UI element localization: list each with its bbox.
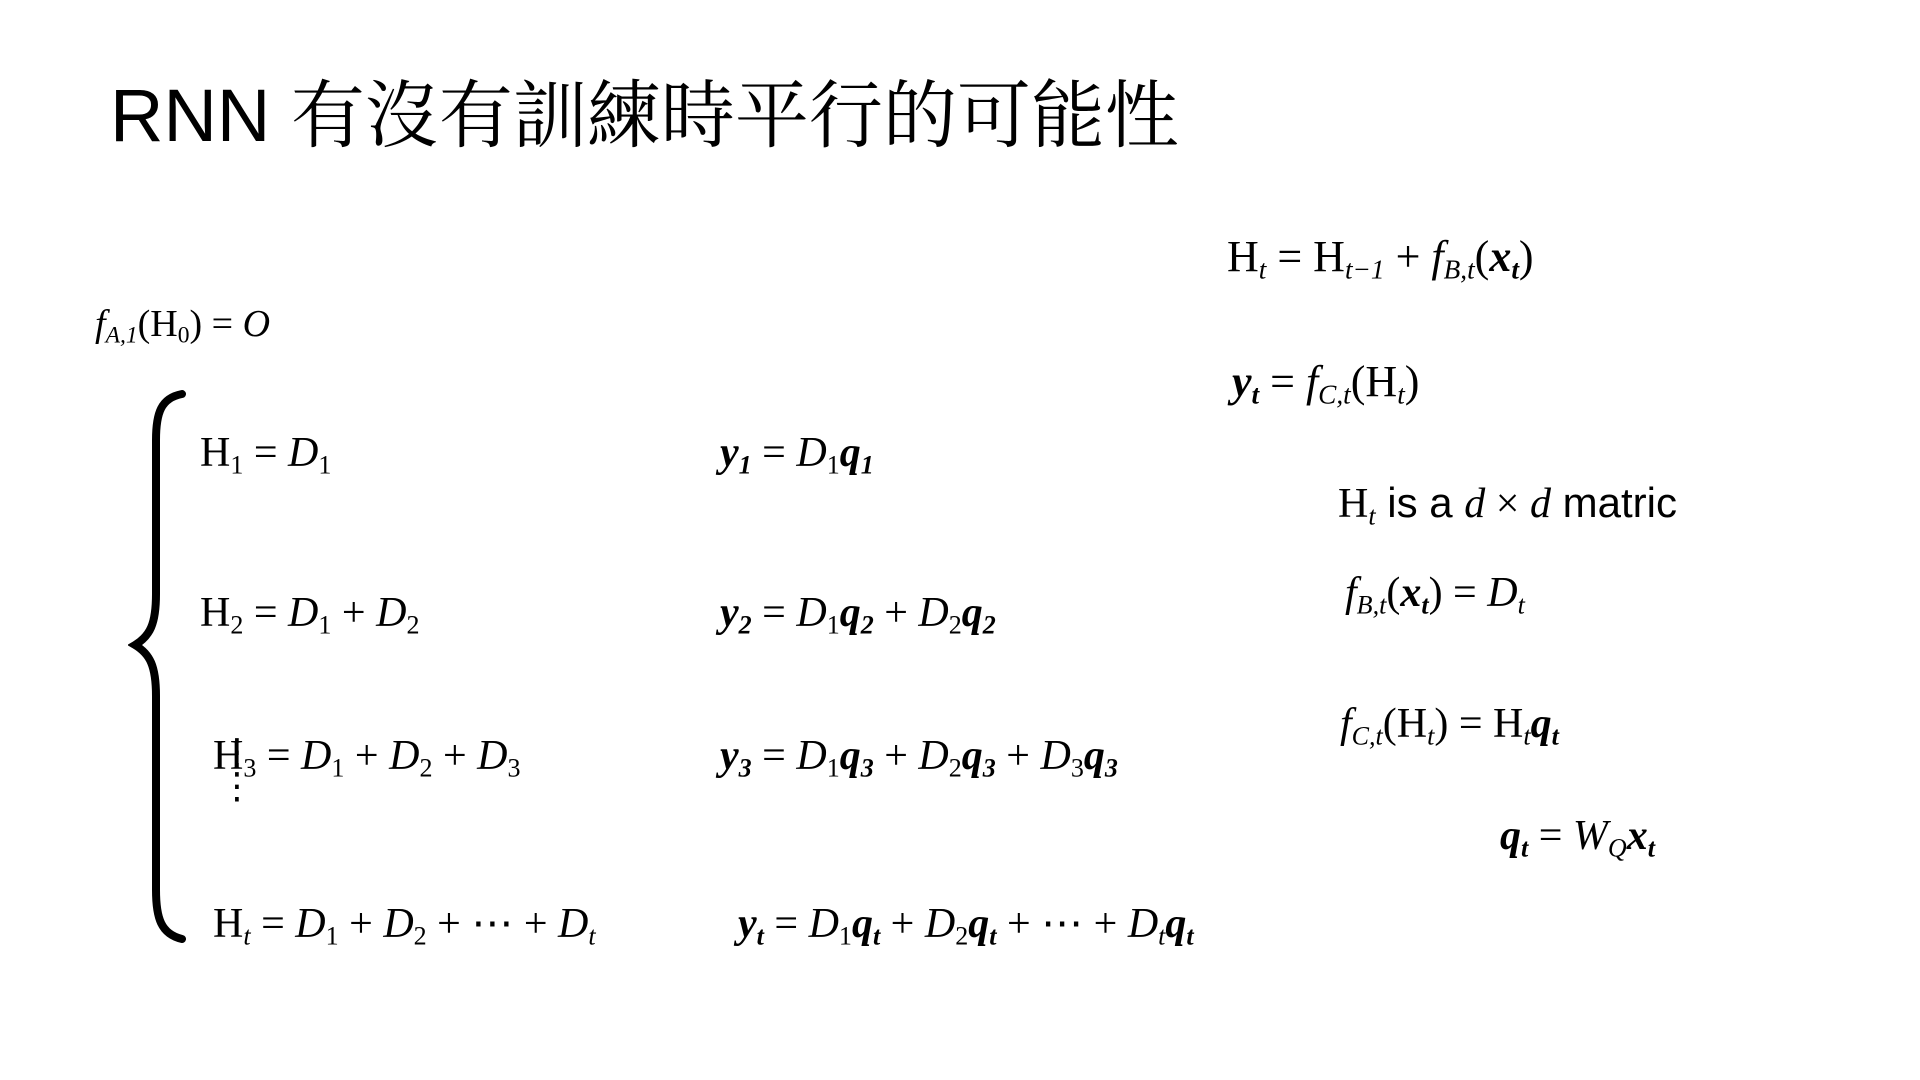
eq-initial-condition: fA,1(H0) = O — [95, 305, 270, 348]
eq-H3: H3 = D1 + D2 + D3 — [213, 735, 521, 781]
eq-H1: H1 = D1 — [200, 432, 331, 478]
eq-fC-definition: fC,t(Ht) = Htqt — [1340, 703, 1559, 749]
slide-canvas: RNN 有沒有訓練時平行的可能性 fA,1(H0) = O H1 = D1 y1… — [0, 0, 1920, 1080]
vertical-ellipsis: ⋮⋮ — [219, 736, 255, 804]
eq-recurrence: Ht = Ht−1 + fB,t(xt) — [1227, 235, 1534, 284]
eq-yt-expanded: yt = D1qt + D2qt + ⋯ + Dtqt — [738, 903, 1194, 949]
eq-q-definition: qt = WQxt — [1500, 815, 1655, 861]
eq-dimension-note: Ht is a d × d matric — [1338, 482, 1677, 529]
eq-Ht-expanded: Ht = D1 + D2 + ⋯ + Dt — [213, 903, 596, 949]
left-curly-brace-icon — [128, 388, 198, 946]
eq-y2: y2 = D1q2 + D2q2 — [720, 592, 996, 638]
slide-title: RNN 有沒有訓練時平行的可能性 — [110, 72, 1179, 161]
eq-output: yt = fC,t(Ht) — [1232, 360, 1419, 409]
eq-H2: H2 = D1 + D2 — [200, 592, 419, 638]
eq-fB-definition: fB,t(xt) = Dt — [1345, 572, 1525, 618]
eq-y3: y3 = D1q3 + D2q3 + D3q3 — [720, 735, 1118, 781]
eq-y1: y1 = D1q1 — [720, 432, 874, 478]
